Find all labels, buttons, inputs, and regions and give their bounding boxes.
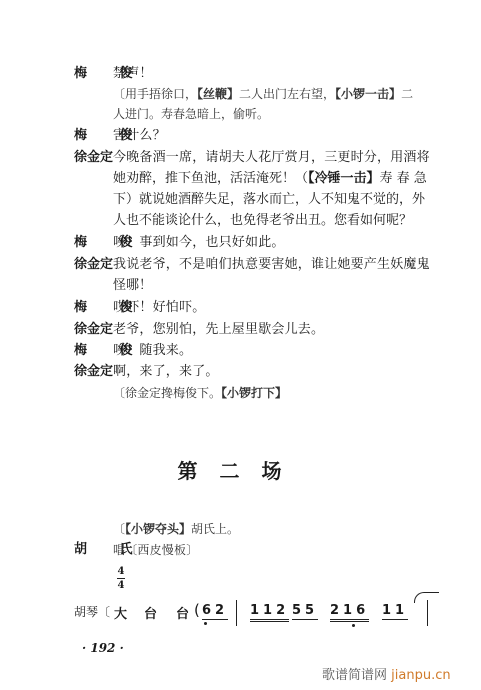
watermark-url: jianpu.cn: [391, 668, 450, 683]
stage-direction: 〔用手捂徐口，【丝鞭】二人出门左右望，【小锣一击】二: [0, 84, 481, 104]
speech-text: 啊，来了，来了。: [113, 362, 219, 382]
speech-text: 下）就说她酒醉失足，落水而亡，人不知鬼不觉的，外: [113, 190, 425, 210]
direction-text: 人进门。寿春急暗上，偷听。: [113, 104, 269, 124]
note-group: 62: [202, 603, 228, 620]
dialogue-line: 梅 俊 唉！随我来。: [0, 341, 481, 361]
dialogue-line: 徐金定 我说老爷，不是咱们执意要害她，谁让她要产生妖魔鬼: [0, 255, 481, 275]
dialogue-line: 梅 俊 害什么？: [0, 126, 481, 146]
dialogue-line: 梅 俊 哎吓！好怕吓。: [0, 298, 481, 318]
dialogue-line: 徐金定 啊，来了，来了。: [0, 362, 481, 382]
speech-text: 唉！事到如今，也只好如此。: [113, 233, 285, 253]
percussion-syllable: 台: [144, 603, 157, 622]
dialogue-line: 下）就说她酒醉失足，落水而亡，人不知鬼不觉的，外: [0, 190, 481, 210]
percussion-cue: 【小锣夺头】: [125, 522, 191, 536]
percussion-cue: 【丝鞭】: [197, 87, 239, 101]
percussion-syllable: 大: [114, 603, 127, 622]
aria-direction: 唱〔西皮慢板〕: [113, 540, 198, 560]
dialogue-line: 梅 俊 禁声！: [0, 64, 481, 84]
open-paren: (: [194, 601, 200, 619]
speech-text: 老爷，您别怕，先上屋里歇会儿去。: [113, 320, 324, 340]
percussion-cue: 【小锣一击】: [335, 87, 401, 101]
watermark: 歌谱简谱网 jianpu.cn: [322, 664, 451, 683]
barline: [427, 600, 428, 626]
stage-direction: 人进门。寿春急暗上，偷听。: [0, 104, 481, 124]
speech-text: 禁声！: [113, 64, 153, 84]
percussion-cue: 【冷锤一击】: [308, 171, 380, 186]
instrument-label: 胡琴〔: [74, 603, 110, 620]
percussion-syllable: 台: [176, 603, 189, 622]
dialogue-line: 徐金定 今晚备酒一席，请胡夫人花厅赏月，三更时分，用酒将: [0, 148, 481, 168]
speech-text: 人也不能谈论什么，也免得老爷出丑。您看如何呢？: [113, 211, 412, 231]
dialogue-line: 人也不能谈论什么，也免得老爷出丑。您看如何呢？: [0, 211, 481, 231]
dialogue-line: 徐金定 老爷，您别怕，先上屋里歇会儿去。: [0, 320, 481, 340]
direction-text: 〔徐金定搀梅俊下。【小锣打下】: [113, 383, 287, 403]
note-group: 11: [382, 603, 408, 620]
speech-text: 今晚备酒一席，请胡夫人花厅赏月，三更时分，用酒将: [113, 148, 430, 168]
note-group: 216: [330, 603, 369, 622]
speech-text: 唉！随我来。: [113, 341, 192, 361]
direction-text: 〔【小锣夺头】胡氏上。: [113, 519, 239, 539]
speech-text: 她劝醉，推下鱼池，活活淹死！（【冷锤一击】寿 春 急: [113, 169, 427, 189]
dialogue-line: 怪哪！: [0, 276, 481, 296]
speech-text: 我说老爷，不是咱们执意要害她，谁让她要产生妖魔鬼: [113, 255, 430, 275]
speech-text: 怪哪！: [113, 276, 152, 296]
speech-text: 害什么？: [113, 126, 166, 146]
jianpu-score-line: 胡琴〔 大 台 台 ( 62 112 55 216 11: [74, 600, 434, 630]
stage-direction: 〔【小锣夺头】胡氏上。: [0, 519, 481, 539]
scene-title: 第二场: [0, 455, 481, 484]
dialogue-line: 梅 俊 唉！事到如今，也只好如此。: [0, 233, 481, 253]
direction-text: 〔用手捂徐口，【丝鞭】二人出门左右望，【小锣一击】二: [113, 84, 413, 104]
speech-text: 哎吓！好怕吓。: [113, 298, 205, 318]
stage-direction: 〔徐金定搀梅俊下。【小锣打下】: [0, 383, 481, 403]
note-group: 112: [250, 603, 289, 622]
page-number: · 192 ·: [82, 641, 124, 655]
low-octave-dot: [204, 622, 207, 625]
percussion-cue: 【小锣打下】: [221, 386, 287, 400]
barline: [236, 600, 237, 626]
time-signature: 4 4: [117, 566, 125, 591]
dialogue-line: 胡 氏 唱〔西皮慢板〕: [0, 540, 481, 560]
low-octave-dot: [352, 624, 355, 627]
dialogue-line: 她劝醉，推下鱼池，活活淹死！（【冷锤一击】寿 春 急: [0, 169, 481, 189]
note-group: 55: [292, 603, 318, 620]
